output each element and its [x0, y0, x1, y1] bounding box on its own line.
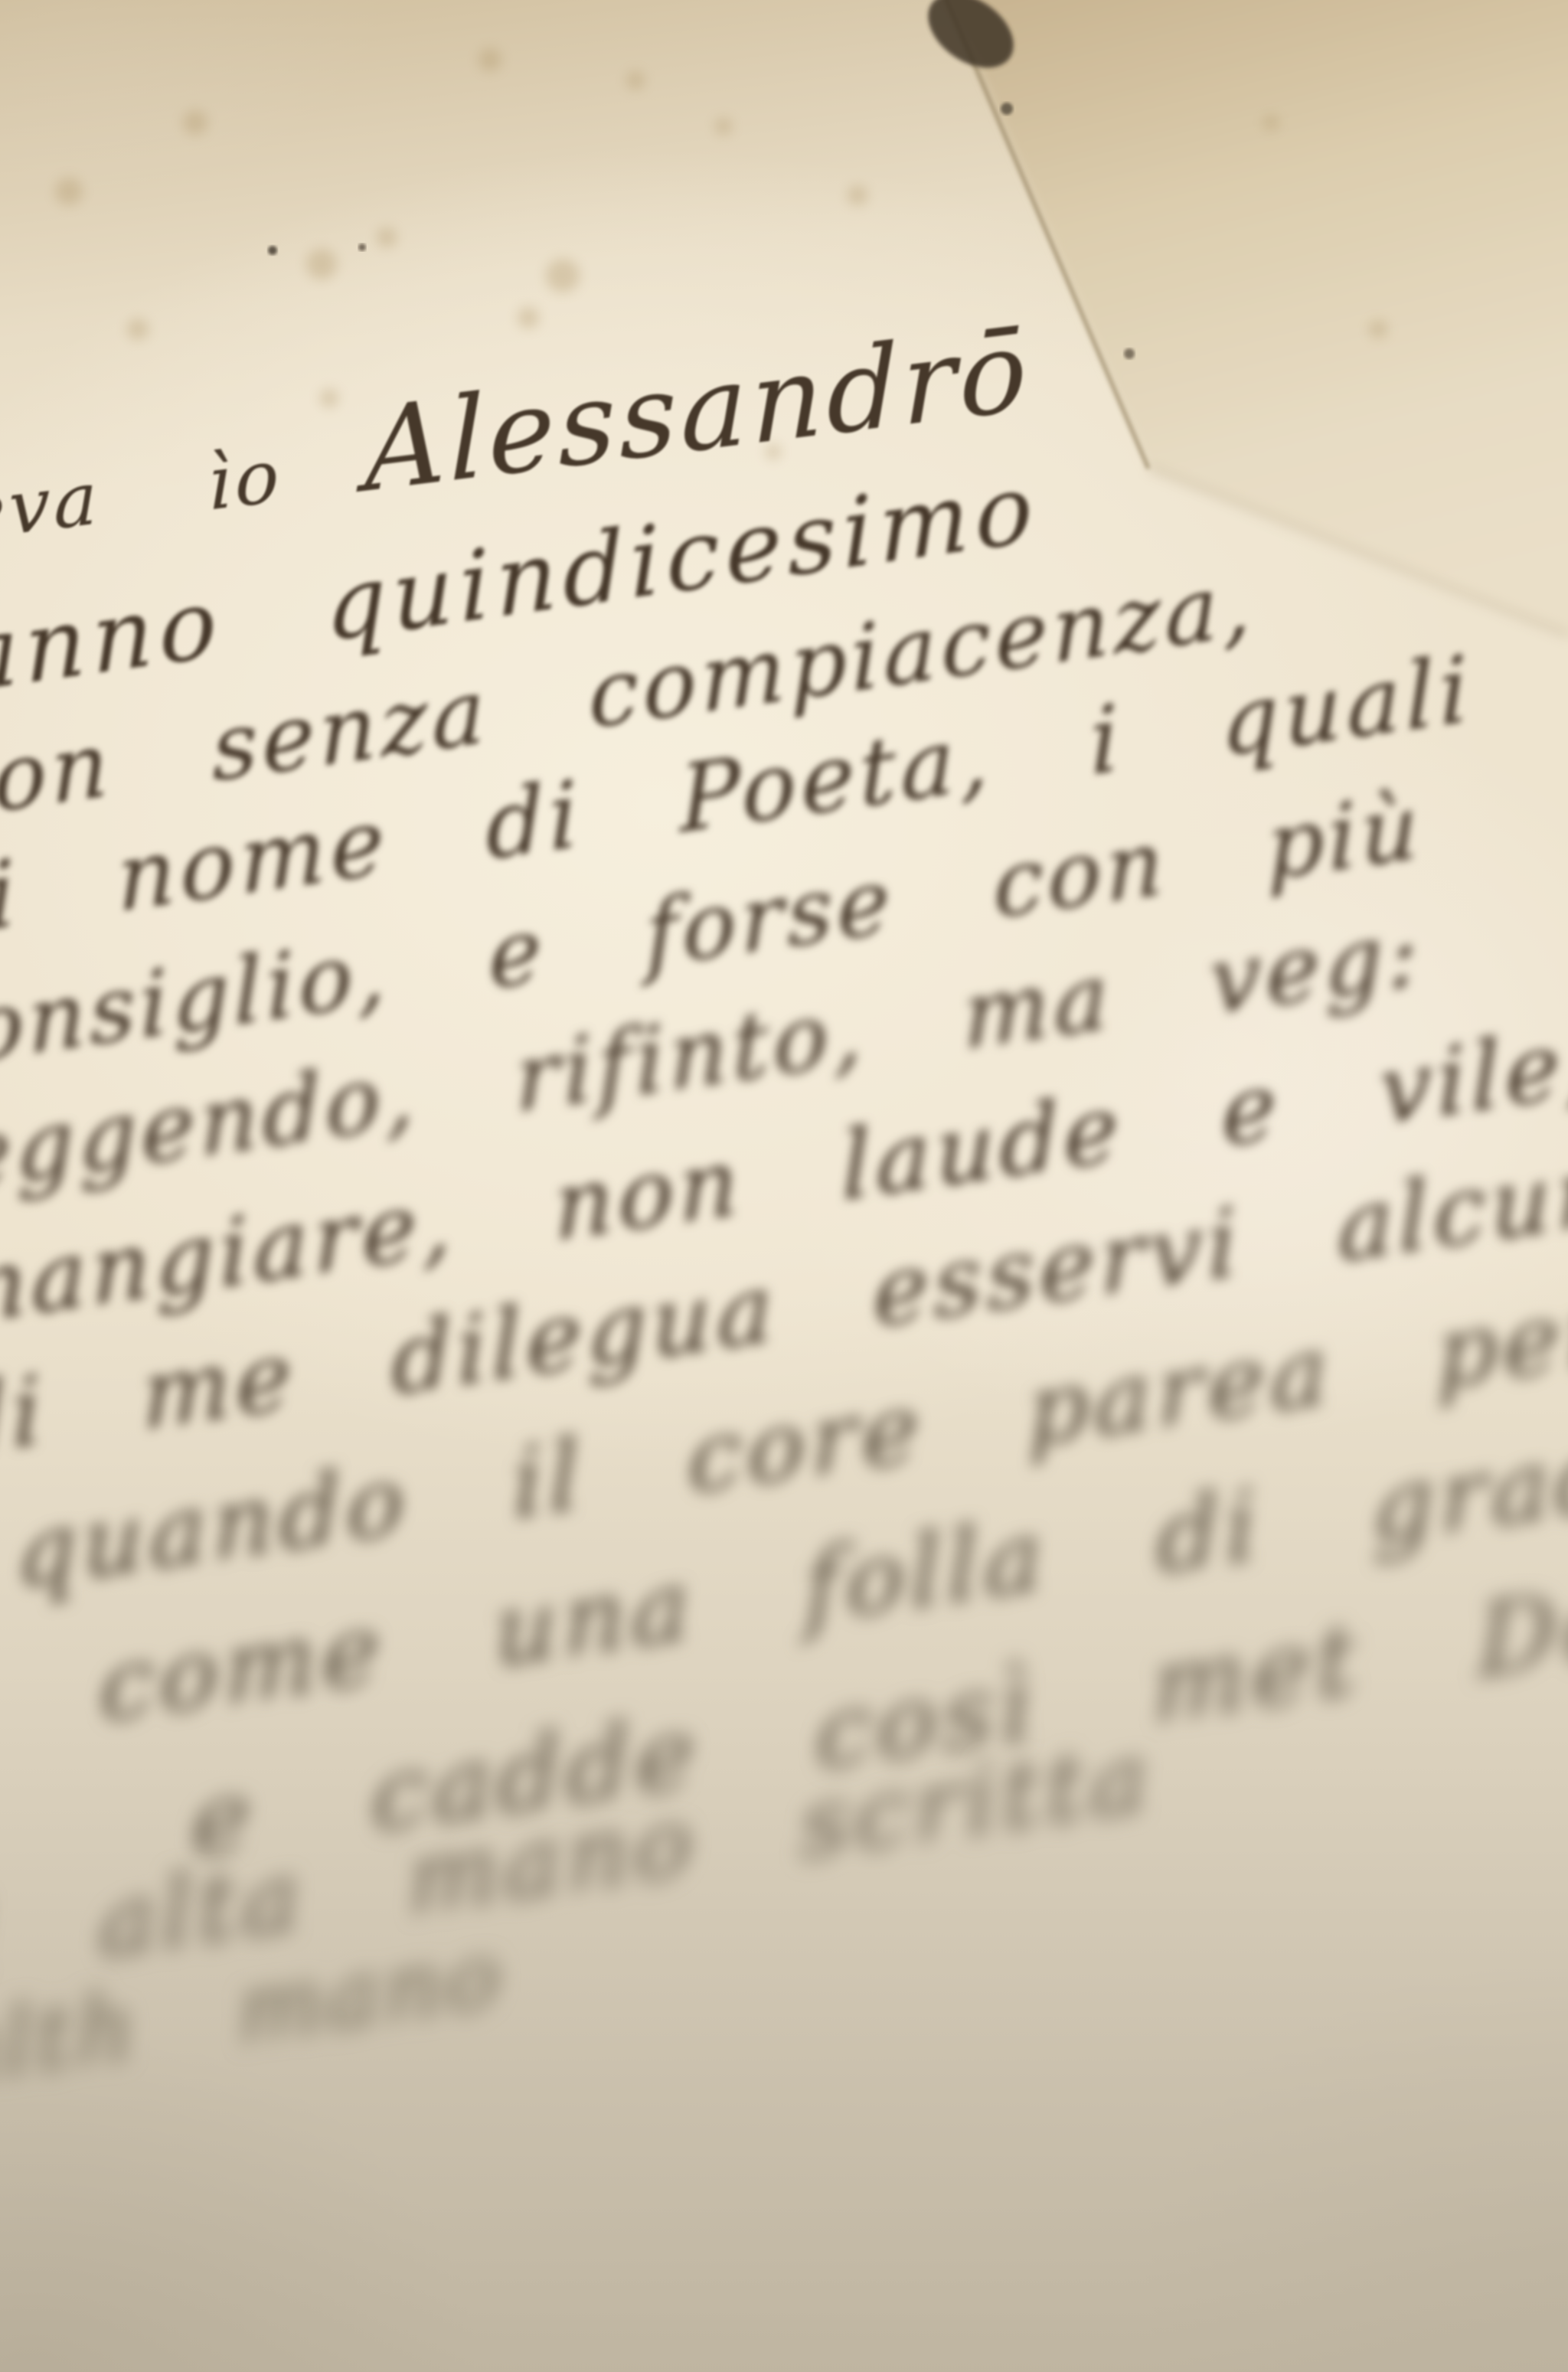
- ink-speck: [1124, 348, 1135, 359]
- ink-speck: [1001, 103, 1013, 115]
- paper-speck: [268, 246, 277, 255]
- manuscript-photo: eva ìoAlessandrō anno quindicesimo non s…: [0, 0, 1568, 2372]
- paper-speck: [358, 243, 366, 251]
